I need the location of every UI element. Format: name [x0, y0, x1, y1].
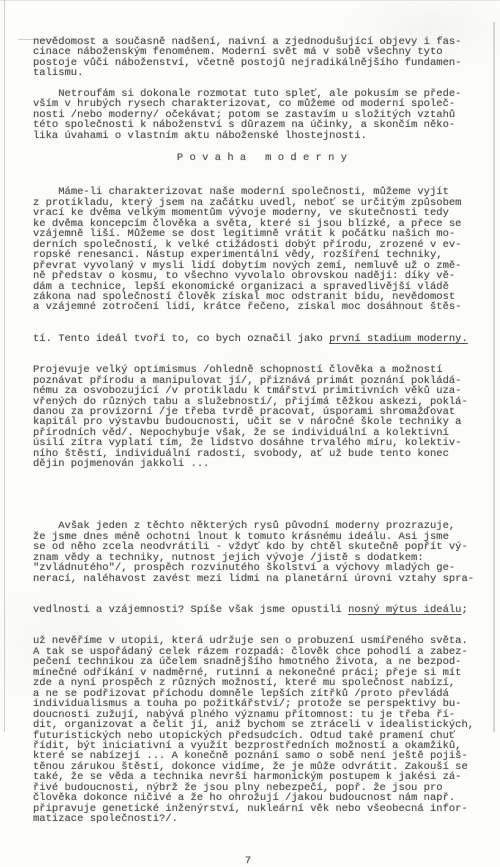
emphasis-line: tí. Tento ideál tvoří to, co bych označi…	[33, 334, 491, 344]
paragraph-lines: Projevuje velký optimismus /ohledně scho…	[33, 365, 491, 470]
paragraph-critique-of-ideal: Avšak jeden z těchto některých rysů půvo…	[33, 501, 491, 732]
paragraph-religion-attitudes: nevědomost a současně nadšení, naivní a …	[33, 37, 491, 79]
underlined-phrase-prvni-stadium: první stadium moderny.	[329, 333, 468, 345]
scan-edge-left	[4, 0, 5, 732]
underlined-phrase-nosny-mytus: nosný mýtus ideálu	[348, 604, 461, 616]
paragraph-lines: Avšak jeden z těchto některých rysů půvo…	[33, 521, 491, 584]
paragraph-outline: Netroufám si dokonale rozmotat tuto sple…	[33, 89, 491, 141]
paragraph-lines: Máme-li charakterizovat naše moderní spo…	[33, 187, 491, 312]
scanned-document-page: nevědomost a současně nadšení, naivní a …	[0, 0, 500, 732]
emphasis-line-pre: tí. Tento ideál tvoří to, co bych označi…	[33, 333, 329, 345]
emphasis-line-post: ;	[461, 604, 467, 616]
emphasis-line-pre: vedlnosti a vzájemnosti? Spíše však jsme…	[33, 604, 348, 616]
emphasis-line: vedlnosti a vzájemnosti? Spíše však jsme…	[33, 605, 491, 615]
scan-edge-top	[0, 0, 500, 1]
scan-edge-right	[493, 22, 495, 732]
text-column: nevědomost a současně nadšení, naivní a …	[33, 37, 491, 732]
section-heading-povaha-moderny: P o v a h a m o d e r n y	[33, 153, 491, 163]
paragraph-first-stage-of-modernity: Máme-li charakterizovat naše moderní spo…	[33, 167, 491, 491]
paragraph-lines: už nevěříme v utopii, která udržuje sen …	[33, 636, 491, 732]
